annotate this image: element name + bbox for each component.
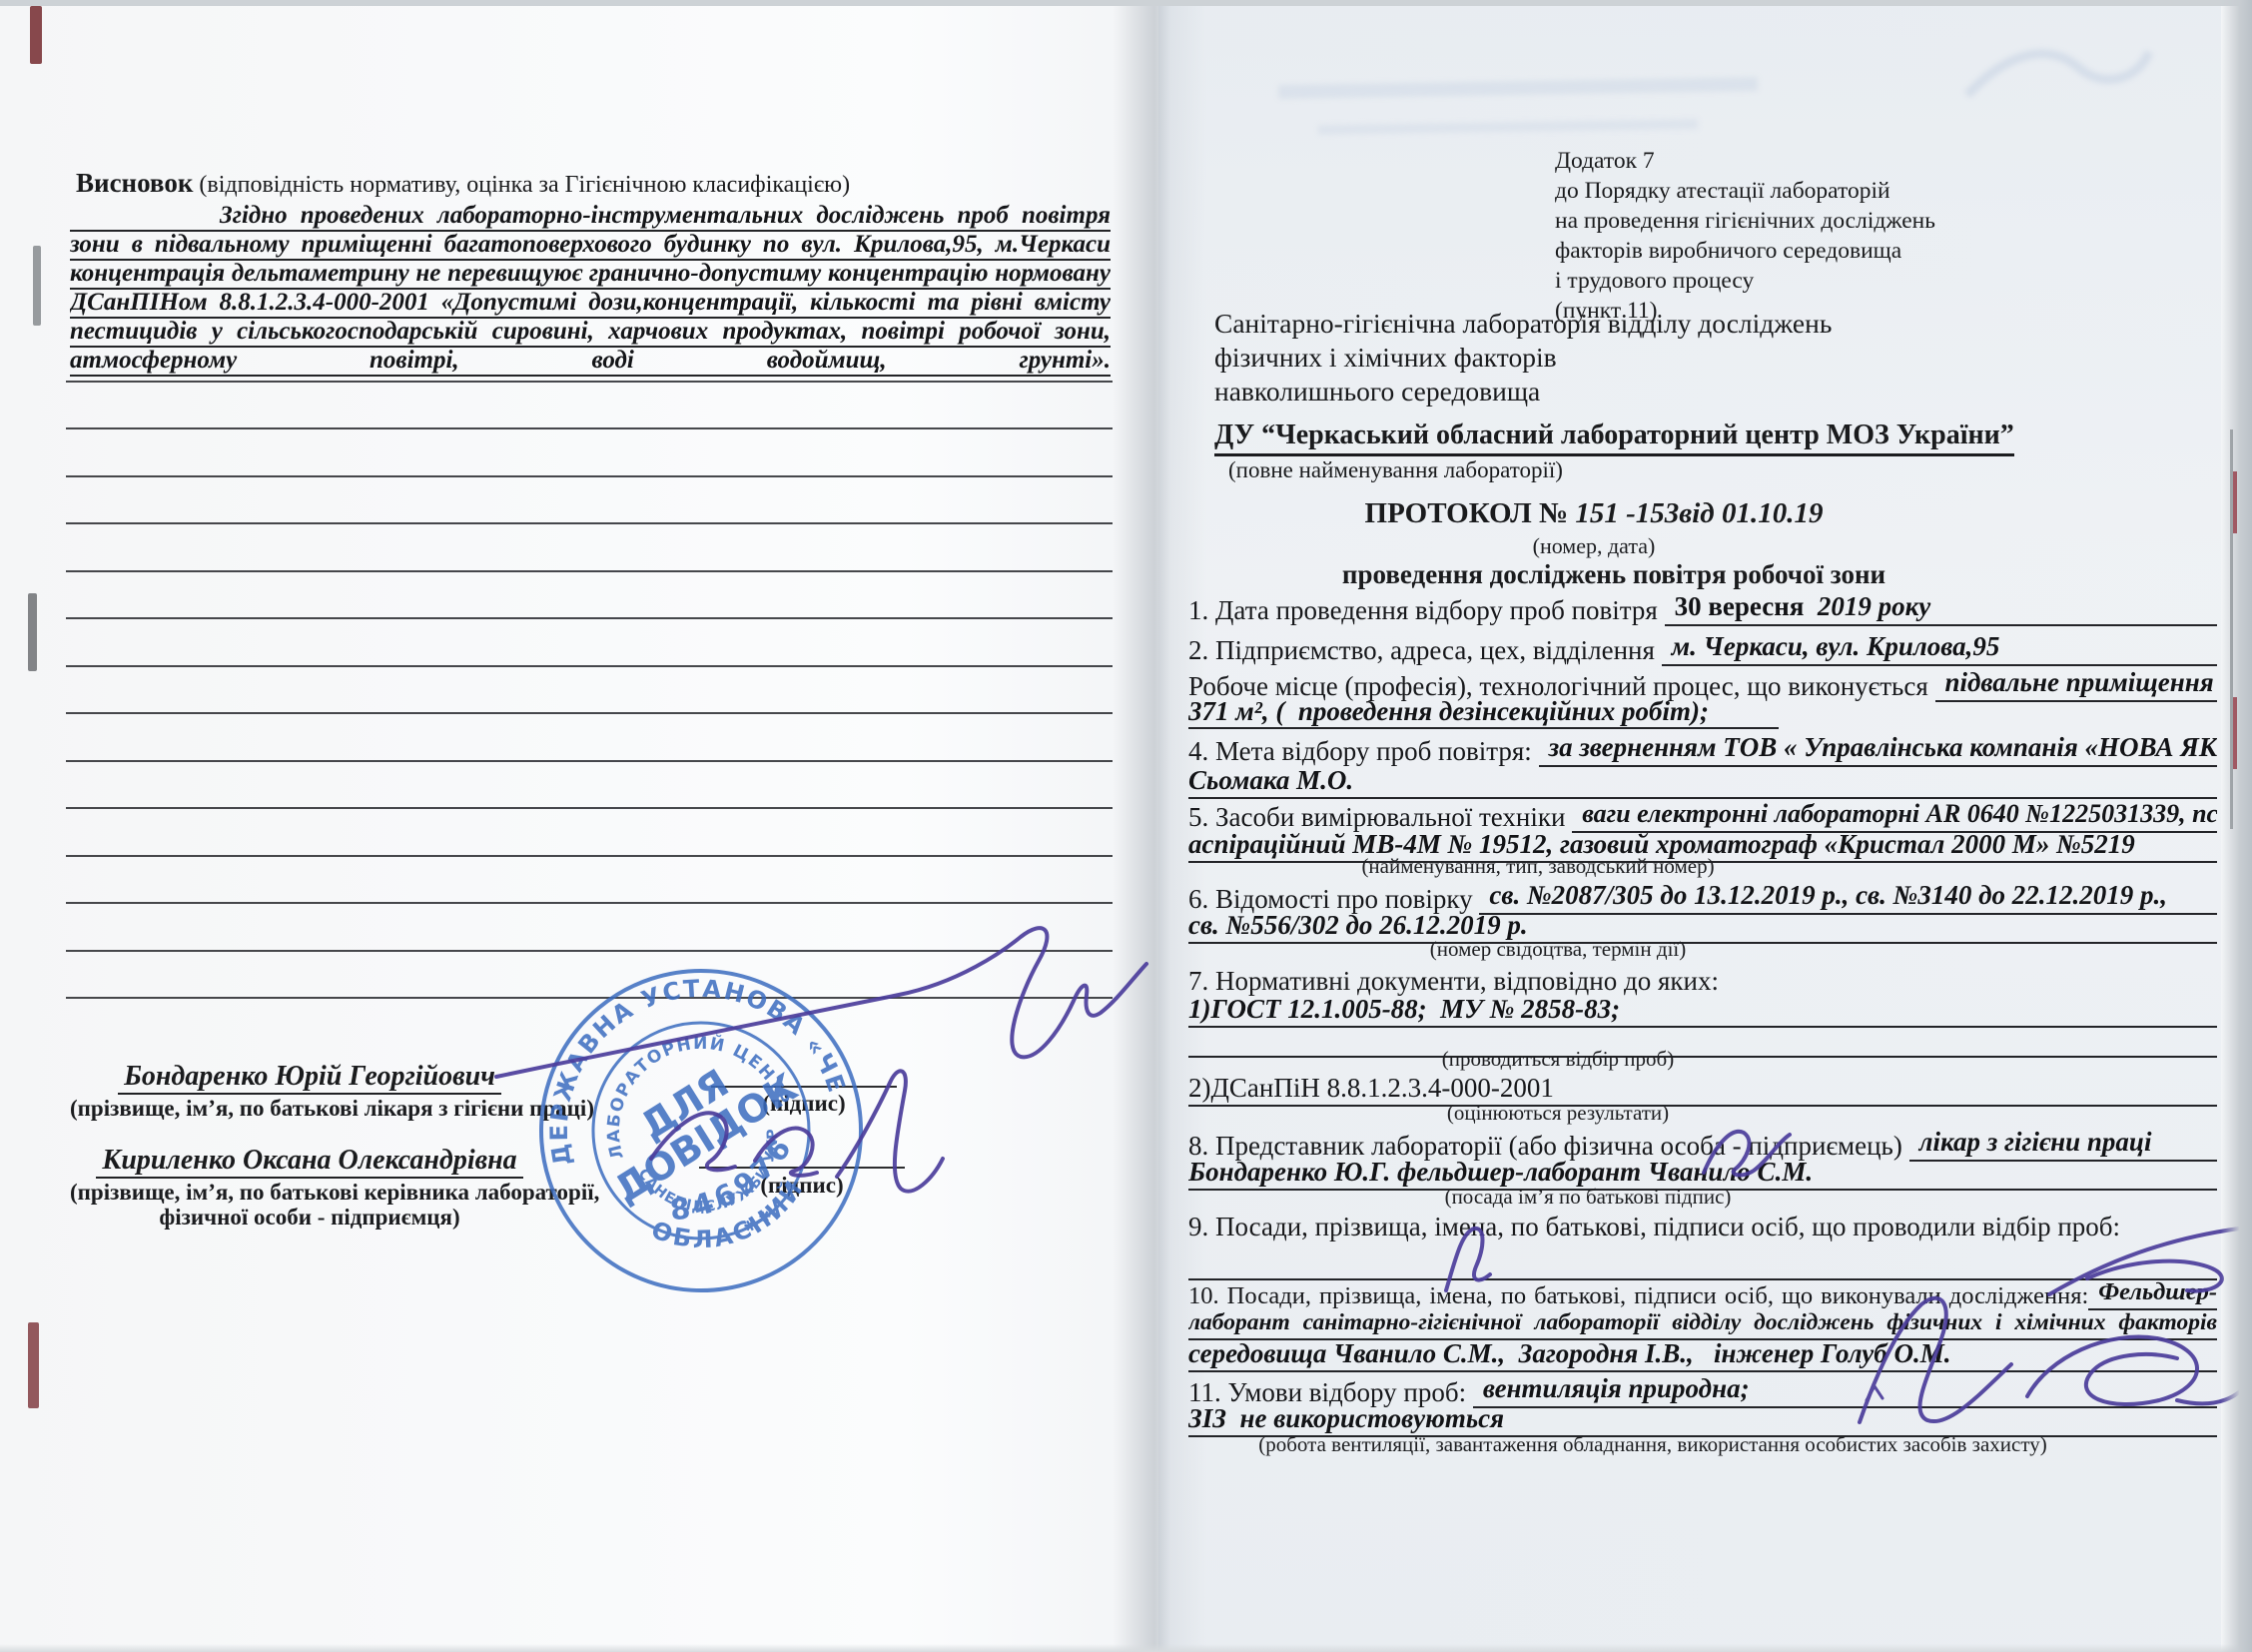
signature-item9-left: [1446, 1229, 1490, 1290]
signature-item10-a: [1860, 1298, 2011, 1422]
scan-left-mark: [28, 1322, 39, 1408]
signature-item10-b: [2027, 1337, 2251, 1405]
ink-signatures: [0, 0, 2252, 1652]
scan-edge-bottom: [0, 1644, 2252, 1652]
signature-doctor: [496, 928, 1146, 1077]
signature-item8: [1704, 1132, 1790, 1176]
signature-caret-mark: [1867, 1386, 1882, 1400]
signature-item9-right: [2049, 1229, 2239, 1294]
scan-right-red-mark: [2233, 471, 2237, 533]
scan-left-mark: [30, 6, 42, 64]
signature-lab-head: [651, 1071, 943, 1191]
scan-edge-top: [0, 0, 2252, 6]
scanned-document: Висновок (відповідність нормативу, оцінк…: [0, 0, 2252, 1652]
scan-right-red-mark: [2233, 697, 2237, 769]
scan-left-mark: [33, 246, 41, 326]
scan-edge-right-band: [2221, 0, 2252, 1652]
scan-left-mark: [28, 593, 37, 671]
